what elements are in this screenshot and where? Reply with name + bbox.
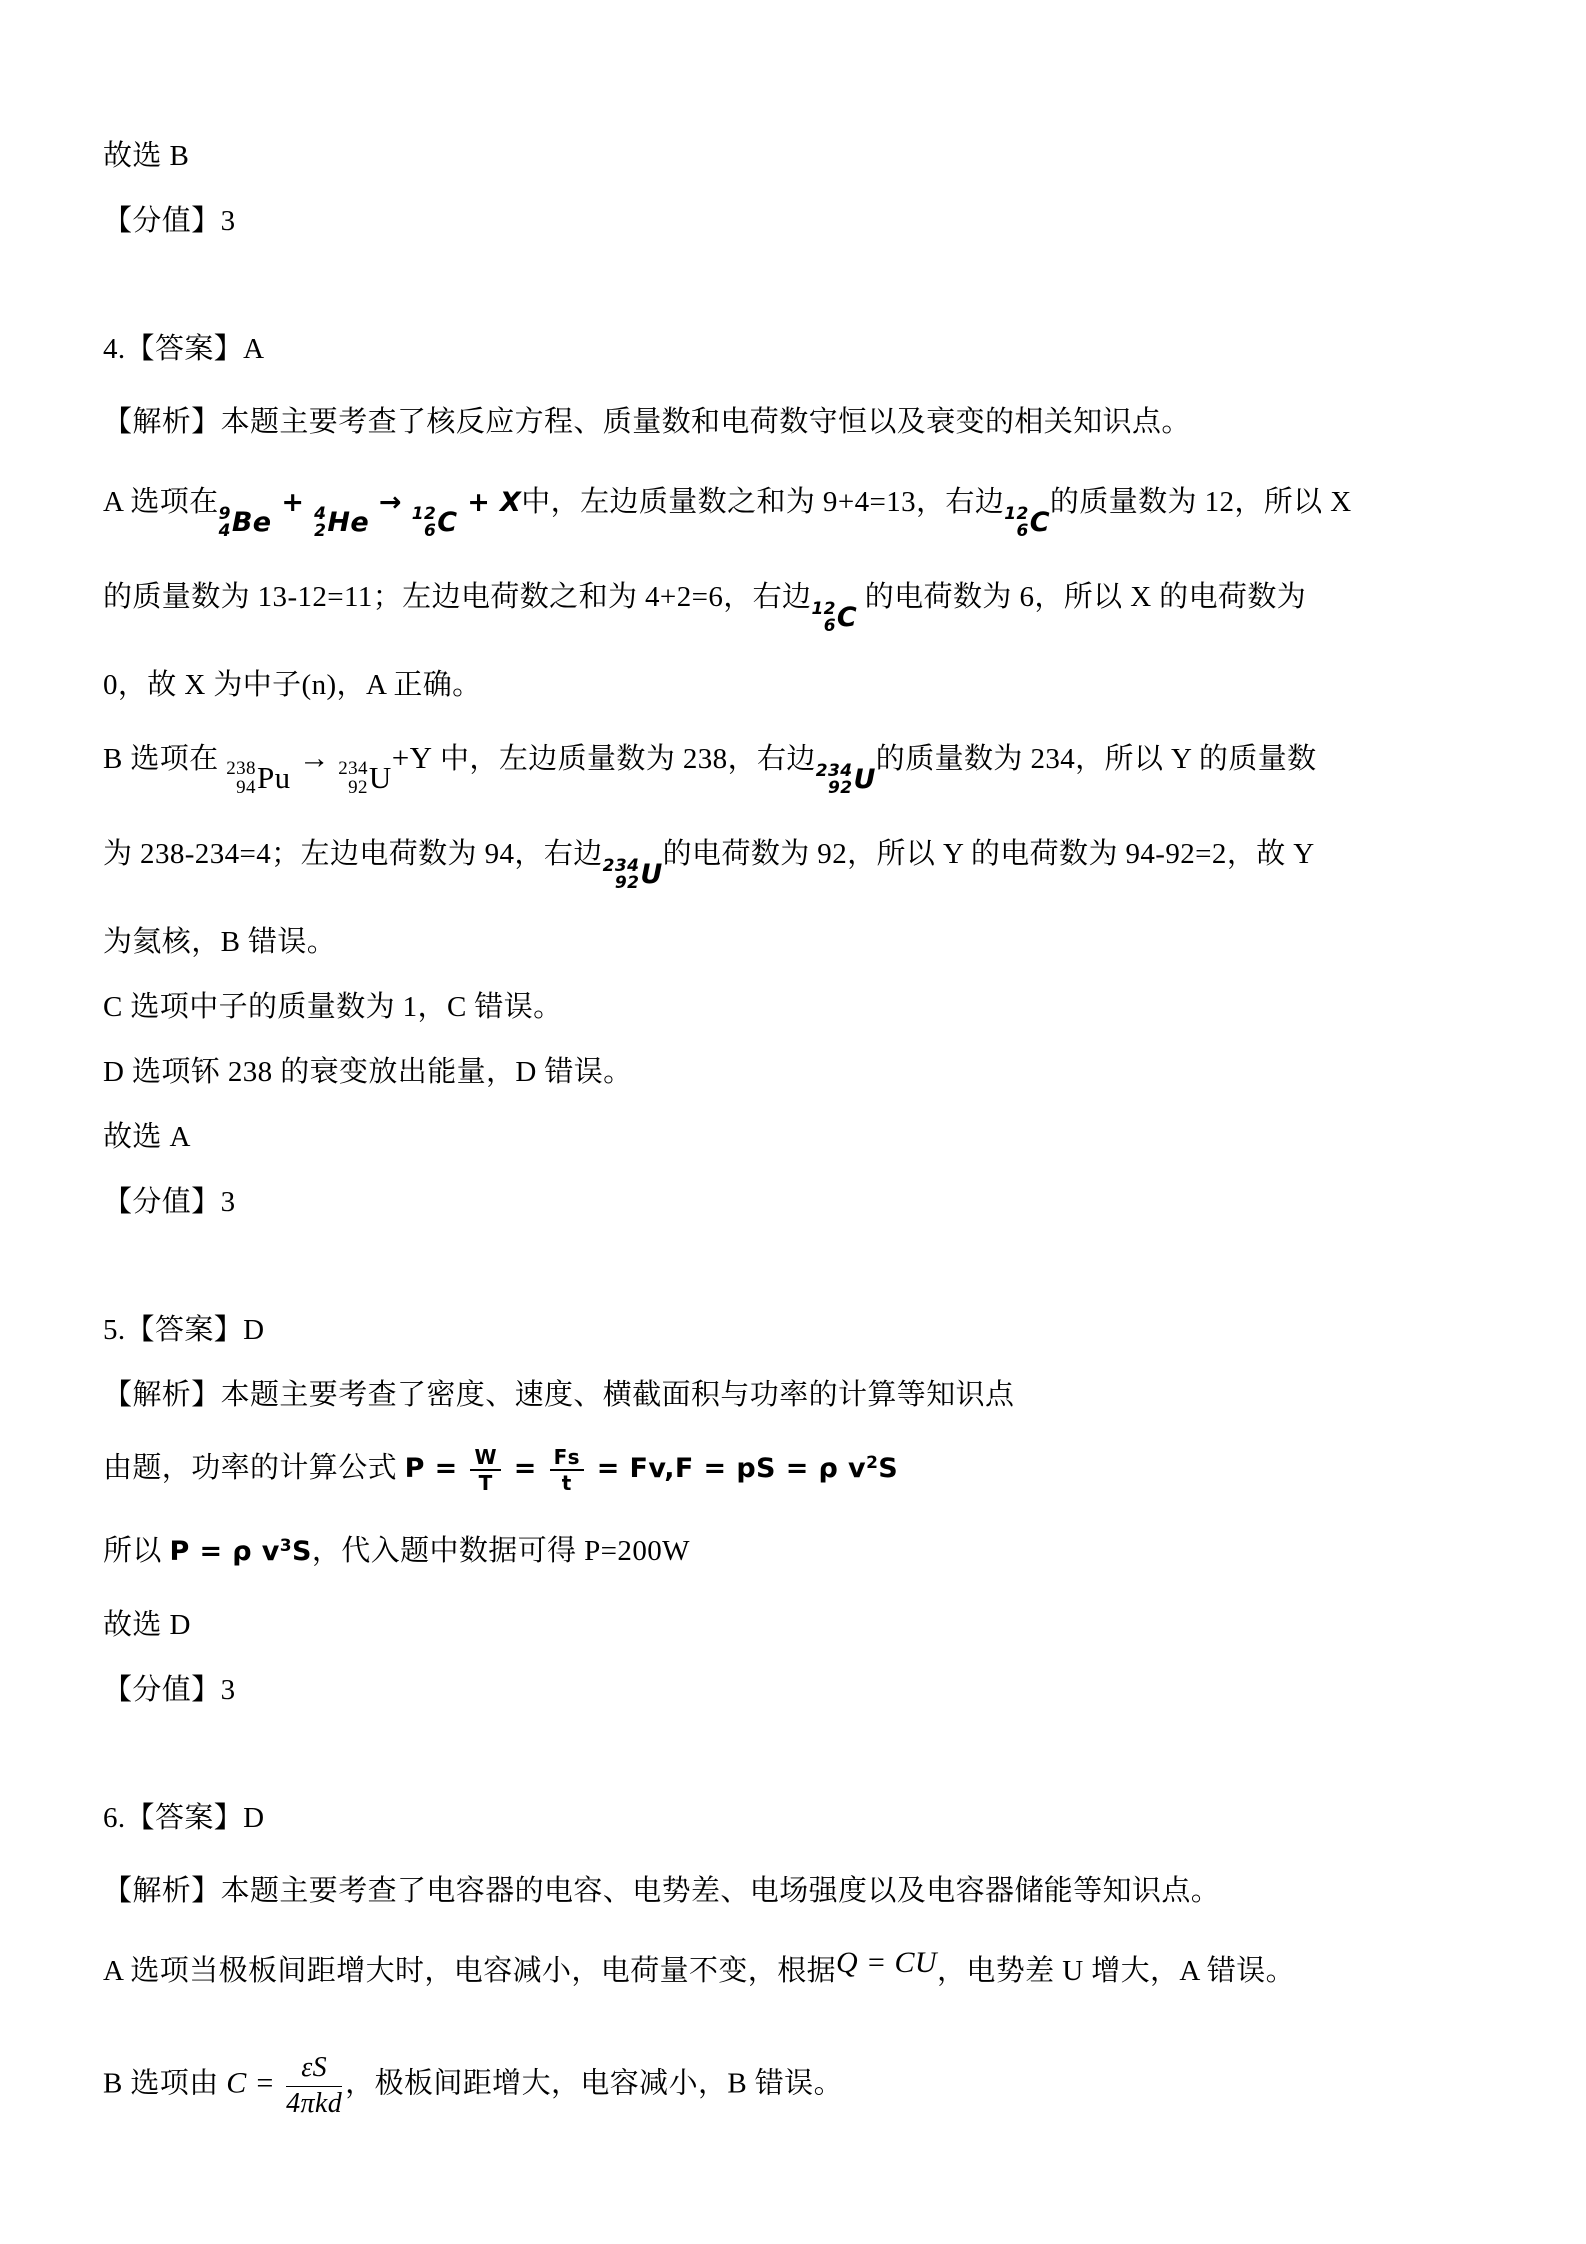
text-segment: 由题，功率的计算公式	[103, 1452, 405, 1484]
formula-segment: S	[878, 1453, 898, 1484]
q6-analysis-line: 【解析】本题主要考查了电容器的电容、电势差、电场强度以及电容器储能等知识点。	[103, 1868, 1490, 1914]
nuclide-C: 126C	[811, 601, 857, 635]
formula-segment: + X	[457, 487, 521, 518]
formula-segment: P =	[405, 1453, 468, 1484]
superscript-exponent: 2	[866, 1453, 878, 1473]
text-segment: 所以	[103, 1535, 169, 1567]
question-4-block: 4.【答案】A 【解析】本题主要考查了核反应方程、质量数和电荷数守恒以及衰变的相…	[103, 326, 1490, 1225]
q4-choice-line: 故选 A	[103, 1114, 1490, 1160]
text-segment: B 选项由	[103, 2068, 226, 2100]
q5-formula-line: 由题，功率的计算公式 P = WT = Fst = Fv,F = pS = ρ …	[103, 1445, 1490, 1494]
formula-segment: +	[272, 487, 315, 518]
q5-result-line: 所以 P = ρ v3S，代入题中数据可得 P=200W	[103, 1528, 1490, 1575]
formula-segment: Q = CU	[836, 1946, 937, 1979]
formula-segment: →	[291, 740, 339, 775]
q3-choice-line: 故选 B	[103, 133, 1490, 179]
fraction: WT	[470, 1446, 500, 1494]
nuclide-prescripts: 23894	[226, 759, 256, 797]
nuclide-Be: 94Be	[219, 506, 272, 540]
q4-option-b-line3: 为氦核，B 错误。	[103, 919, 1490, 965]
text-segment: 的质量数为 234，所以 Y 的质量数	[876, 743, 1317, 775]
answer-key-page: 故选 B 【分值】3 4.【答案】A 【解析】本题主要考查了核反应方程、质量数和…	[0, 0, 1586, 2244]
nuclide-He: 42He	[314, 506, 369, 540]
formula-segment: P = ρ v	[169, 1536, 279, 1567]
text-segment: 故选 A	[103, 1121, 191, 1153]
fraction: εS4πkd	[286, 2052, 342, 2120]
nuclide-Pu: 23894Pu	[226, 759, 290, 797]
q4-option-a-line3: 0，故 X 为中子(n)，A 正确。	[103, 662, 1490, 708]
nuclide-prescripts: 126	[1004, 506, 1028, 540]
text-segment: 【解析】本题主要考查了核反应方程、质量数和电荷数守恒以及衰变的相关知识点。	[103, 406, 1191, 438]
text-segment: B 选项在	[103, 743, 226, 775]
nuclide-C: 126C	[1004, 506, 1050, 540]
q5-answer-line: 5.【答案】D	[103, 1307, 1490, 1353]
nuclide-prescripts: 23492	[338, 759, 368, 797]
text-segment: ，电势差 U 增大，A 错误。	[937, 1955, 1295, 1987]
text-segment: 故选 D	[103, 1609, 191, 1641]
formula-segment: ρ v	[819, 1453, 867, 1484]
nuclide-U: 23492U	[816, 763, 876, 797]
formula-segment: →	[369, 487, 412, 518]
nuclide-prescripts: 94	[219, 506, 231, 540]
text-segment: 【分值】3	[103, 205, 236, 237]
text-segment: C 选项中子的质量数为 1，C 错误。	[103, 991, 563, 1023]
text-segment: 中，左边质量数为 238，右边	[432, 743, 815, 775]
text-segment: 中，左边质量数之和为 9+4=13，右边	[521, 486, 1004, 518]
q5-analysis-line: 【解析】本题主要考查了密度、速度、横截面积与功率的计算等知识点	[103, 1372, 1490, 1418]
q4-analysis-line: 【解析】本题主要考查了核反应方程、质量数和电荷数守恒以及衰变的相关知识点。	[103, 399, 1490, 445]
q4-answer-line: 4.【答案】A	[103, 326, 1490, 372]
text-segment: 【解析】本题主要考查了电容器的电容、电势差、电场强度以及电容器储能等知识点。	[103, 1875, 1220, 1907]
nuclide-U: 23492U	[603, 858, 663, 892]
nuclide-prescripts: 126	[412, 506, 436, 540]
q6-option-b-line: B 选项由 C = εS4πkd，极板间距增大，电容减小，B 错误。	[103, 2052, 1490, 2120]
q4-option-b-line2: 为 238-234=4；左边电荷数为 94，右边23492U的电荷数为 92，所…	[103, 831, 1490, 892]
nuclide-U: 23492U	[338, 759, 392, 797]
formula-segment: +Y	[392, 740, 433, 775]
text-segment: A 选项在	[103, 486, 219, 518]
text-segment: 5.【答案】D	[103, 1314, 265, 1346]
nuclide-prescripts: 42	[314, 506, 326, 540]
text-segment: 的质量数为 12，所以 X	[1050, 486, 1352, 518]
q4-option-b-line1: B 选项在 23894Pu → 23492U+Y 中，左边质量数为 238，右边…	[103, 735, 1490, 797]
text-segment: 的电荷数为 6，所以 X 的电荷数为	[857, 581, 1306, 613]
text-segment: 【解析】本题主要考查了密度、速度、横截面积与功率的计算等知识点	[103, 1379, 1014, 1411]
q4-option-c-line: C 选项中子的质量数为 1，C 错误。	[103, 984, 1490, 1030]
text-segment: 故选 B	[103, 140, 189, 172]
q4-score-line: 【分值】3	[103, 1179, 1490, 1225]
nuclide-prescripts: 23492	[603, 858, 640, 892]
nuclide-C: 126C	[412, 506, 458, 540]
q4-option-d-line: D 选项钚 238 的衰变放出能量，D 错误。	[103, 1049, 1490, 1095]
formula-segment: C =	[226, 2067, 283, 2100]
text-segment: 【分值】3	[103, 1186, 236, 1218]
q5-choice-line: 故选 D	[103, 1602, 1490, 1648]
text-segment: 为氦核，B 错误。	[103, 926, 336, 958]
text-segment: 【分值】3	[103, 1674, 236, 1706]
question-3-block: 故选 B 【分值】3	[103, 133, 1490, 244]
text-segment: ，极板间距增大，电容减小，B 错误。	[345, 2068, 843, 2100]
text-segment: ，代入题中数据可得 P=200W	[312, 1535, 690, 1567]
text-segment: 为 238-234=4；左边电荷数为 94，右边	[103, 838, 603, 870]
formula-segment: =	[504, 1453, 547, 1484]
formula-segment: = Fv,F = pS =	[587, 1453, 819, 1484]
text-segment: 的电荷数为 92，所以 Y 的电荷数为 94-92=2，故 Y	[663, 838, 1315, 870]
question-6-block: 6.【答案】D 【解析】本题主要考查了电容器的电容、电势差、电场强度以及电容器储…	[103, 1795, 1490, 2120]
q5-score-line: 【分值】3	[103, 1667, 1490, 1713]
q3-score-line: 【分值】3	[103, 198, 1490, 244]
superscript-exponent: 3	[280, 1536, 292, 1556]
text-segment: 6.【答案】D	[103, 1802, 265, 1834]
text-segment: 4.【答案】A	[103, 333, 265, 365]
q6-answer-line: 6.【答案】D	[103, 1795, 1490, 1841]
q4-option-a-line1: A 选项在94Be + 42He → 126C + X中，左边质量数之和为 9+…	[103, 479, 1490, 540]
question-5-block: 5.【答案】D 【解析】本题主要考查了密度、速度、横截面积与功率的计算等知识点 …	[103, 1307, 1490, 1713]
text-segment: A 选项当极板间距增大时，电容减小，电荷量不变，根据	[103, 1955, 836, 1987]
nuclide-prescripts: 126	[811, 601, 835, 635]
formula-segment: S	[292, 1536, 312, 1567]
fraction: Fst	[550, 1446, 584, 1494]
q6-option-a-line: A 选项当极板间距增大时，电容减小，电荷量不变，根据Q = CU，电势差 U 增…	[103, 1948, 1490, 1994]
text-segment: 的质量数为 13-12=11；左边电荷数之和为 4+2=6，右边	[103, 581, 811, 613]
text-segment: D 选项钚 238 的衰变放出能量，D 错误。	[103, 1056, 633, 1088]
text-segment: 0，故 X 为中子(n)，A 正确。	[103, 669, 482, 701]
q4-option-a-line2: 的质量数为 13-12=11；左边电荷数之和为 4+2=6，右边126C 的电荷…	[103, 574, 1490, 635]
nuclide-prescripts: 23492	[816, 763, 853, 797]
